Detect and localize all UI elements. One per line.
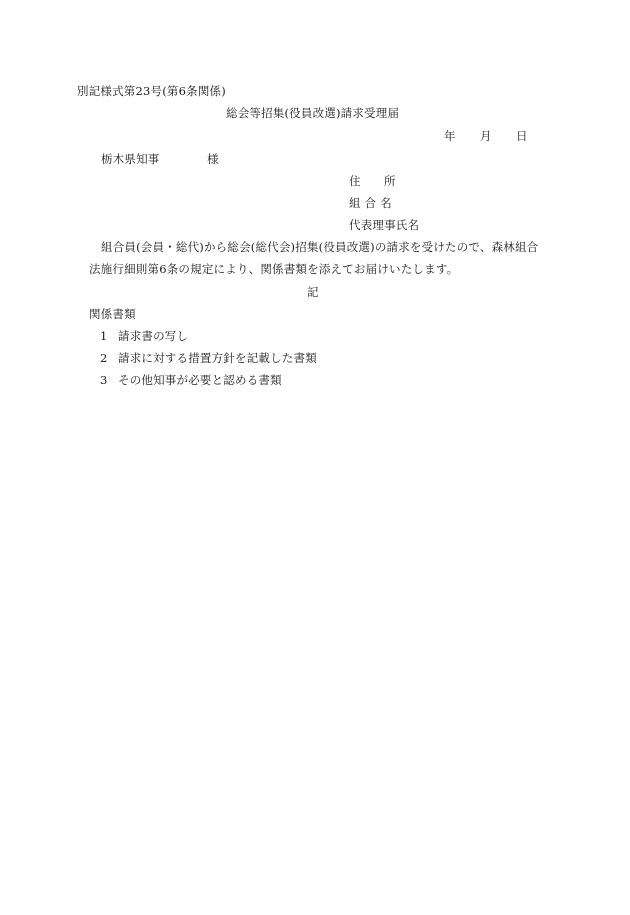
document-title: 総会等招集(役員改選)請求受理届 [226,106,399,120]
list-item-number: 3 [100,373,108,387]
date-day-label: 日 [516,129,528,143]
address-label-second: 所 [384,174,396,188]
date-month-label: 月 [480,129,492,143]
body-line-2: 法施行細則第6条の規定により、関係書類を添えてお届けいたします。 [89,262,458,276]
address-label-first: 住 [349,174,361,188]
document-page: 別記様式第23号(第6条関係) 総会等招集(役員改選)請求受理届 年 月 日 栃… [0,0,630,915]
honorific: 様 [207,152,219,166]
form-number: 別記様式第23号(第6条関係) [77,84,226,98]
list-item-text: その他知事が必要と認める書類 [118,373,282,387]
list-item-number: 2 [100,351,108,365]
representative-name-label: 代表理事氏名 [349,218,419,232]
union-name-label: 組 合 名 [349,196,392,210]
list-item-text: 請求書の写し [118,329,188,343]
body-line-1: 組合員(会員・総代)から総会(総代会)招集(役員改選)の請求を受けたので、森林組… [101,240,538,254]
list-item-number: 1 [100,329,108,343]
ki-marker: 記 [307,285,319,299]
list-item-text: 請求に対する措置方針を記載した書類 [118,351,317,365]
addressee: 栃木県知事 [101,152,160,166]
date-year-label: 年 [444,129,456,143]
related-documents-heading: 関係書類 [89,307,136,321]
